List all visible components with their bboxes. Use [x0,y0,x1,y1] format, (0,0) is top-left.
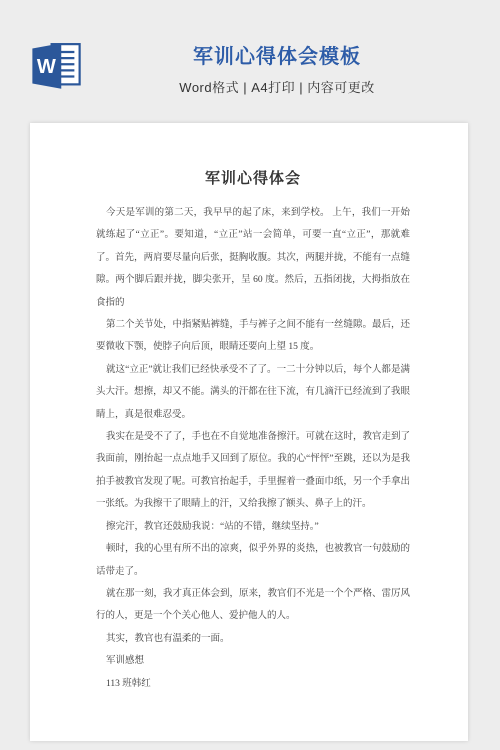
template-subtitle: Word格式 | A4打印 | 内容可更改 [92,77,462,96]
document-content: 军训心得体会 今天是军训的第二天，我早早的起了床，来到学校。 上午，我们一开始就… [30,123,468,695]
word-logo-icon: W [28,40,84,92]
header: W 军训心得体会模板 Word格式 | A4打印 | 内容可更改 [0,0,500,120]
document-paragraph: 我实在是受不了了，手也在不自觉地准备擦汗。可就在这时，教官走到了我面前，刚抬起一… [96,426,410,516]
document-paragraph: 今天是军训的第二天，我早早的起了床，来到学校。 上午，我们一开始就练起了“立正”… [96,202,410,314]
document-paragraph: 第二个关节处，中指紧贴裤缝，手与裤子之间不能有一丝缝隙。最后，还要微收下颚，使脖… [96,314,410,359]
document-paragraph: 军训感想 [96,650,410,672]
header-text: 军训心得体会模板 Word格式 | A4打印 | 内容可更改 [92,44,462,96]
document-paragraph: 就这“立正”就让我们已经快承受不了了。一二十分钟以后，每个人都是满头大汗。想擦，… [96,359,410,426]
document-paragraph: 顿时，我的心里有所不出的凉爽，似乎外界的炎热，也被教官一句鼓励的话带走了。 [96,538,410,583]
document-paragraph: 其实，教官也有温柔的一面。 [96,628,410,650]
document-paragraph: 113 班韩红 [96,673,410,695]
template-title: 军训心得体会模板 [92,44,462,70]
document-body: 今天是军训的第二天，我早早的起了床，来到学校。 上午，我们一开始就练起了“立正”… [96,202,410,695]
document-title: 军训心得体会 [96,169,410,190]
svg-text:W: W [37,56,56,78]
document-paragraph: 擦完汗，教官还鼓励我说：“站的不错，继续坚持。” [96,516,410,538]
document-page: 军训心得体会 今天是军训的第二天，我早早的起了床，来到学校。 上午，我们一开始就… [30,123,468,741]
document-paragraph: 就在那一刻，我才真正体会到，原来，教官们不光是一个个严格、雷厉风行的人，更是一个… [96,583,410,628]
page-stage: W 军训心得体会模板 Word格式 | A4打印 | 内容可更改 军训心得体会 … [0,0,500,750]
